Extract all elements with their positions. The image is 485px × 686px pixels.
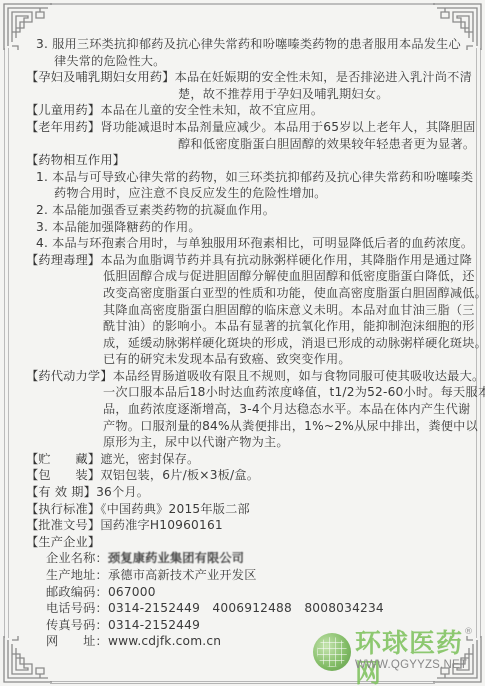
section-pharmacokinetics: 【药代动力学】本品经胃肠道吸收有限且不规则，如与食物同服可使其吸收达最大。 — [26, 368, 466, 385]
section-text: 本品经胃肠道吸收有限且不规则，如与食物同服可使其吸收达最大。 — [113, 369, 485, 383]
section-label: 【药代动力学】 — [26, 369, 113, 383]
field-label: 企业名称： — [46, 551, 108, 565]
section-text-cont: 改变高密度脂蛋白亚型的性质和功能，使血高密度脂蛋白胆固醇减低。 — [26, 285, 466, 302]
item-number: 1. — [36, 170, 48, 184]
manufacturer-name-row: 企业名称：颈复康药业集团有限公司 — [26, 550, 466, 567]
section-validity: 【有 效 期】36个月。 — [26, 484, 466, 501]
section-text-cont: 已有的研究未发现本品有致癌、致突变作用。 — [26, 351, 466, 368]
section-label: 【老年用药】 — [26, 120, 100, 134]
section-text-cont: 成，延缓动脉粥样硬化斑块的形成，消退已形成的动脉粥样硬化斑块。 — [26, 335, 466, 352]
website-link[interactable]: www.cdjfk.com.cn — [108, 634, 221, 648]
section-interactions-label: 【药物相互作用】 — [26, 152, 466, 169]
section-label: 【批准文号】 — [26, 518, 100, 532]
item-number: 3. — [36, 220, 48, 234]
section-text: 本品为血脂调节药并具有抗动脉粥样硬化作用，其降脂作用是通过降 — [100, 253, 472, 267]
section-label: 【孕妇及哺乳期妇女用药】 — [26, 70, 175, 84]
interaction-item-2: 2. 本品能加强香豆素类药物的抗凝血作用。 — [26, 202, 466, 219]
section-approval: 【批准文号】国药准字H10960161 — [26, 517, 466, 534]
section-text-cont: 醇和低密度脂蛋白胆固醇的效果较年轻患者更为显著。 — [26, 136, 466, 153]
section-text-cont: 其降血高密度脂蛋白胆固醇的临床意义未明。本品对血甘油三脂（三 — [26, 302, 466, 319]
section-standard: 【执行标准】《中国药典》2015年版二部 — [26, 501, 466, 518]
section-label: 【有 效 期】 — [26, 485, 96, 499]
item-text: 本品与可导致心律失常的药物，如三环类抗抑郁药及抗心律失常药和吩噻嗪类 — [52, 170, 473, 184]
section-pregnancy: 【孕妇及哺乳期妇女用药】本品在妊娠期的安全性未知，是否排泌进入乳汁尚不清 — [26, 69, 466, 86]
section-text: 36个月。 — [96, 485, 149, 499]
item-text-cont: 药物合用时，应注意不良反应发生的危险性增加。 — [26, 185, 466, 202]
interaction-item-3: 3. 本品能加强降糖药的作用。 — [26, 219, 466, 236]
field-label: 传真号码： — [46, 618, 108, 632]
section-storage: 【贮 藏】遮光，密封保存。 — [26, 451, 466, 468]
company-name: 颈复康药业集团有限公司 — [108, 551, 244, 565]
section-text: 双铝包装，6片/板×3板/盒。 — [100, 468, 259, 482]
section-text-cont: 品，血药浓度逐渐增高，3-4个月达稳态水平。本品在体内产生代谢 — [26, 401, 466, 418]
section-text: 《中国药典》2015年版二部 — [100, 502, 250, 516]
field-value: 0314-2152449 — [108, 618, 200, 632]
field-label: 电话号码： — [46, 601, 108, 615]
section-package: 【包 装】双铝包装，6片/板×3板/盒。 — [26, 467, 466, 484]
interaction-item-4: 4. 本品与环孢素合用时，与单独服用环孢素相比，可明显降低后者的血药浓度。 — [26, 235, 466, 252]
section-text: 本品在妊娠期的安全性未知，是否排泌进入乳汁尚不清 — [175, 70, 472, 84]
section-manufacturer-label: 【生产企业】 — [26, 534, 466, 551]
watermark-title: 环球医药网 — [355, 629, 473, 686]
section-text: 遮光，密封保存。 — [100, 452, 199, 466]
manufacturer-postcode-row: 邮政编码：067000 — [26, 584, 466, 601]
item-number: 2. — [36, 203, 48, 217]
section-label: 【执行标准】 — [26, 502, 100, 516]
item-text: 服用三环类抗抑郁药及抗心律失常药和吩噻嗪类药物的患者服用本品发生心 — [52, 37, 461, 51]
section-text: 肾功能减退时本品剂量应减少。本品用于65岁以上老年人，其降胆固 — [100, 120, 475, 134]
package-insert-page: 3. 服用三环类抗抑郁药及抗心律失常药和吩噻嗪类药物的患者服用本品发生心 律失常… — [0, 0, 485, 686]
border-top — [50, 3, 435, 5]
section-text-cont: 低胆固醇合成与促进胆固醇分解使血胆固醇和低密度脂蛋白降低，还 — [26, 268, 466, 285]
field-label: 邮政编码： — [46, 585, 108, 599]
field-label: 网 址： — [46, 634, 108, 648]
field-value: 承德市高新技术产业开发区 — [108, 568, 257, 582]
section-label: 【包 装】 — [26, 468, 100, 482]
item-text: 本品能加强香豆素类药物的抗凝血作用。 — [52, 203, 275, 217]
manufacturer-phone-row: 电话号码：0314-2152449 4006912488 8008034234 — [26, 600, 466, 617]
section-text-cont: 产物。口服剂量的84%从粪便排出，1%~2%从尿中排出，粪便中以 — [26, 418, 466, 435]
adverse-item-3: 3. 服用三环类抗抑郁药及抗心律失常药和吩噻嗪类药物的患者服用本品发生心 — [26, 36, 466, 53]
interaction-item-1: 1. 本品与可导致心律失常的药物，如三环类抗抑郁药及抗心律失常药和吩噻嗪类 — [26, 169, 466, 186]
globe-icon — [313, 633, 351, 671]
item-text: 本品能加强降糖药的作用。 — [52, 220, 201, 234]
field-value: 067000 — [108, 585, 156, 599]
section-text: 国药准字H10960161 — [100, 518, 223, 532]
section-text-cont: 原形为主，尿中以代谢产物为主。 — [26, 434, 466, 451]
section-text-cont: 酰甘油）的影响小。本品有显著的抗氧化作用，能抑制泡沫细胞的形 — [26, 318, 466, 335]
section-text: 本品在儿童的安全性未知，故不宜应用。 — [100, 103, 323, 117]
border-left — [4, 48, 9, 638]
item-number: 4. — [36, 236, 48, 250]
field-value: 0314-2152449 4006912488 8008034234 — [108, 601, 384, 615]
section-label: 【儿童用药】 — [26, 103, 100, 117]
item-text-cont: 律失常的危险性大。 — [26, 53, 466, 70]
registered-mark: ® — [464, 627, 473, 637]
item-text: 本品与环孢素合用时，与单独服用环孢素相比，可明显降低后者的血药浓度。 — [52, 236, 473, 250]
section-text-cont: 一次口服本品后18小时达血药浓度峰值，t1/2为52-60小时。每天服本 — [26, 384, 466, 401]
section-text-cont: 楚，故不推荐用于孕妇及哺乳期妇女。 — [26, 86, 466, 103]
section-geriatric: 【老年用药】肾功能减退时本品剂量应减少。本品用于65岁以上老年人，其降胆固 — [26, 119, 466, 136]
field-label: 生产地址： — [46, 568, 108, 582]
section-label: 【药理毒理】 — [26, 253, 100, 267]
document-body: 3. 服用三环类抗抑郁药及抗心律失常药和吩噻嗪类药物的患者服用本品发生心 律失常… — [26, 36, 466, 650]
manufacturer-address-row: 生产地址：承德市高新技术产业开发区 — [26, 567, 466, 584]
item-number: 3. — [36, 37, 48, 51]
section-pediatric: 【儿童用药】本品在儿童的安全性未知，故不宜应用。 — [26, 102, 466, 119]
section-pharmacology: 【药理毒理】本品为血脂调节药并具有抗动脉粥样硬化作用，其降脂作用是通过降 — [26, 252, 466, 269]
watermark-url: WWW.QGYYZS.NET — [355, 659, 467, 671]
section-label: 【贮 藏】 — [26, 452, 100, 466]
watermark: 环球医药网 ® WWW.QGYYZS.NET — [313, 629, 473, 679]
